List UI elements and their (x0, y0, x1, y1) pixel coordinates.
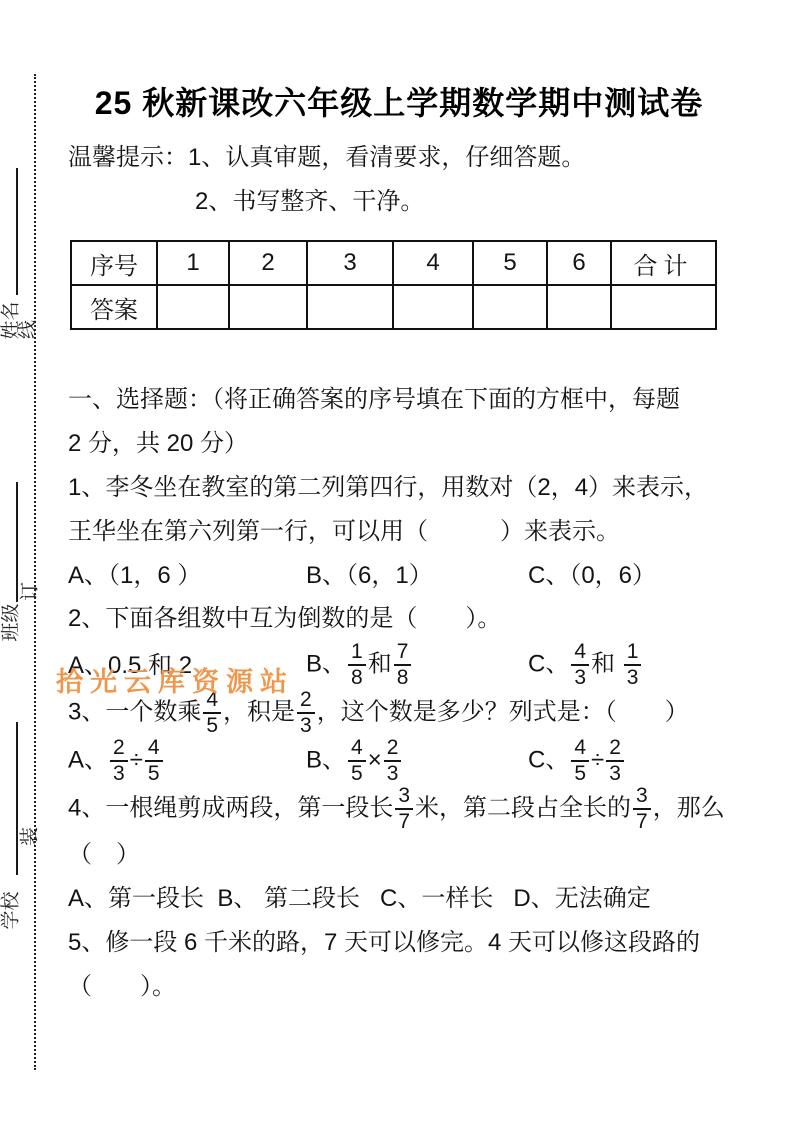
binding-char-line: 线 (13, 319, 40, 341)
score-header-xuhao: 序号 (71, 241, 157, 285)
score-header-5: 5 (473, 241, 547, 285)
question-5: 5、修一段 6 千米的路，7 天可以修完。4 天可以修这段路的 （ ）。 (68, 921, 730, 1009)
fraction: 45 (145, 737, 163, 785)
fraction: 45 (348, 737, 366, 785)
school-label: 学校 (0, 889, 23, 933)
q2-option-c: C、43和 13 (528, 641, 730, 689)
school-underline (16, 722, 18, 875)
q2-option-b: B、18和78 (306, 641, 528, 689)
q3-option-b: B、45×23 (306, 737, 528, 785)
fraction: 43 (571, 641, 589, 689)
q5-stem-line2: （ ）。 (68, 965, 730, 1009)
fraction: 37 (395, 785, 413, 833)
score-table-header-row: 序号 1 2 3 4 5 6 合计 (71, 241, 716, 285)
page-title: 25 秋新课改六年级上学期数学期中测试卷 (68, 78, 730, 124)
q1-stem-line1: 1、李冬坐在教室的第二列第四行，用数对（2，4）来表示， (68, 466, 730, 510)
answer-cell-4 (393, 285, 473, 329)
question-1: 1、李冬坐在教室的第二列第四行，用数对（2，4）来表示， 王华坐在第六列第一行，… (68, 466, 730, 597)
q1-option-b: B、（6，1） (306, 554, 528, 597)
q4-stem-line1: 4、一根绳剪成两段，第一段长37米，第二段占全长的37，那么 (68, 785, 730, 833)
fraction: 45 (571, 737, 589, 785)
answer-cell-2 (229, 285, 307, 329)
answer-row: 答案 (71, 285, 716, 329)
q3-option-c: C、45÷23 (528, 737, 730, 785)
q1-option-a: A、（1，6 ） (68, 554, 306, 597)
q1-option-c: C、（0，6） (528, 554, 730, 597)
q5-stem-line1: 5、修一段 6 千米的路，7 天可以修完。4 天可以修这段路的 (68, 921, 730, 965)
score-header-2: 2 (229, 241, 307, 285)
fraction: 23 (110, 737, 128, 785)
q3-option-a: A、23÷45 (68, 737, 306, 785)
fraction: 23 (384, 737, 402, 785)
q2-stem: 2、下面各组数中互为倒数的是（ ）。 (68, 597, 730, 641)
tip-line-2: 2、书写整齐、干净。 (68, 180, 730, 224)
fraction: 37 (633, 785, 651, 833)
score-header-1: 1 (157, 241, 229, 285)
q1-stem-line2: 王华坐在第六列第一行，可以用（ ）来表示。 (68, 510, 730, 554)
tip-line-1: 温馨提示：1、认真审题，看清要求，仔细答题。 (68, 136, 730, 180)
score-header-3: 3 (307, 241, 393, 285)
score-header-6: 6 (547, 241, 611, 285)
q4-stem-line2: （ ） (68, 833, 730, 877)
score-table: 序号 1 2 3 4 5 6 合计 答案 (70, 240, 717, 330)
binding-char-ding: 订 (15, 581, 42, 603)
fraction: 23 (606, 737, 624, 785)
name-underline (16, 168, 18, 295)
section1-heading-line1: 一、选择题：（将正确答案的序号填在下面的方框中，每题 (68, 378, 730, 422)
answer-cell-1 (157, 285, 229, 329)
q4-options: A、第一段长 B、 第二段长 C、一样长 D、无法确定 (68, 877, 730, 921)
fraction: 18 (348, 641, 366, 689)
exam-sheet: 姓名 线 班级 订 学校 装 拾光云库资源站 25 秋新课改六年级上学期数学期中… (0, 0, 793, 1122)
answer-cell-total (611, 285, 716, 329)
fraction: 78 (394, 641, 412, 689)
question-4: 4、一根绳剪成两段，第一段长37米，第二段占全长的37，那么 （ ） A、第一段… (68, 785, 730, 921)
fraction: 13 (624, 641, 642, 689)
section1-heading-line2: 2 分，共 20 分） (68, 422, 730, 466)
binding-char-zhuang: 装 (15, 826, 42, 848)
score-header-total: 合计 (611, 241, 716, 285)
score-header-4: 4 (393, 241, 473, 285)
answer-row-label: 答案 (71, 285, 157, 329)
answer-cell-6 (547, 285, 611, 329)
binding-dotted-line (34, 74, 36, 1070)
question-3: 3、一个数乘45，积是23，这个数是多少？列式是：（ ） A、23÷45 B、4… (68, 689, 730, 785)
class-label: 班级 (0, 601, 23, 645)
fraction: 23 (297, 689, 315, 737)
q3-options: A、23÷45 B、45×23 C、45÷23 (68, 737, 730, 785)
exam-content: 25 秋新课改六年级上学期数学期中测试卷 温馨提示：1、认真审题，看清要求，仔细… (68, 78, 730, 1009)
watermark: 拾光云库资源站 (56, 660, 294, 699)
answer-cell-3 (307, 285, 393, 329)
q1-options: A、（1，6 ） B、（6，1） C、（0，6） (68, 554, 730, 597)
answer-cell-5 (473, 285, 547, 329)
